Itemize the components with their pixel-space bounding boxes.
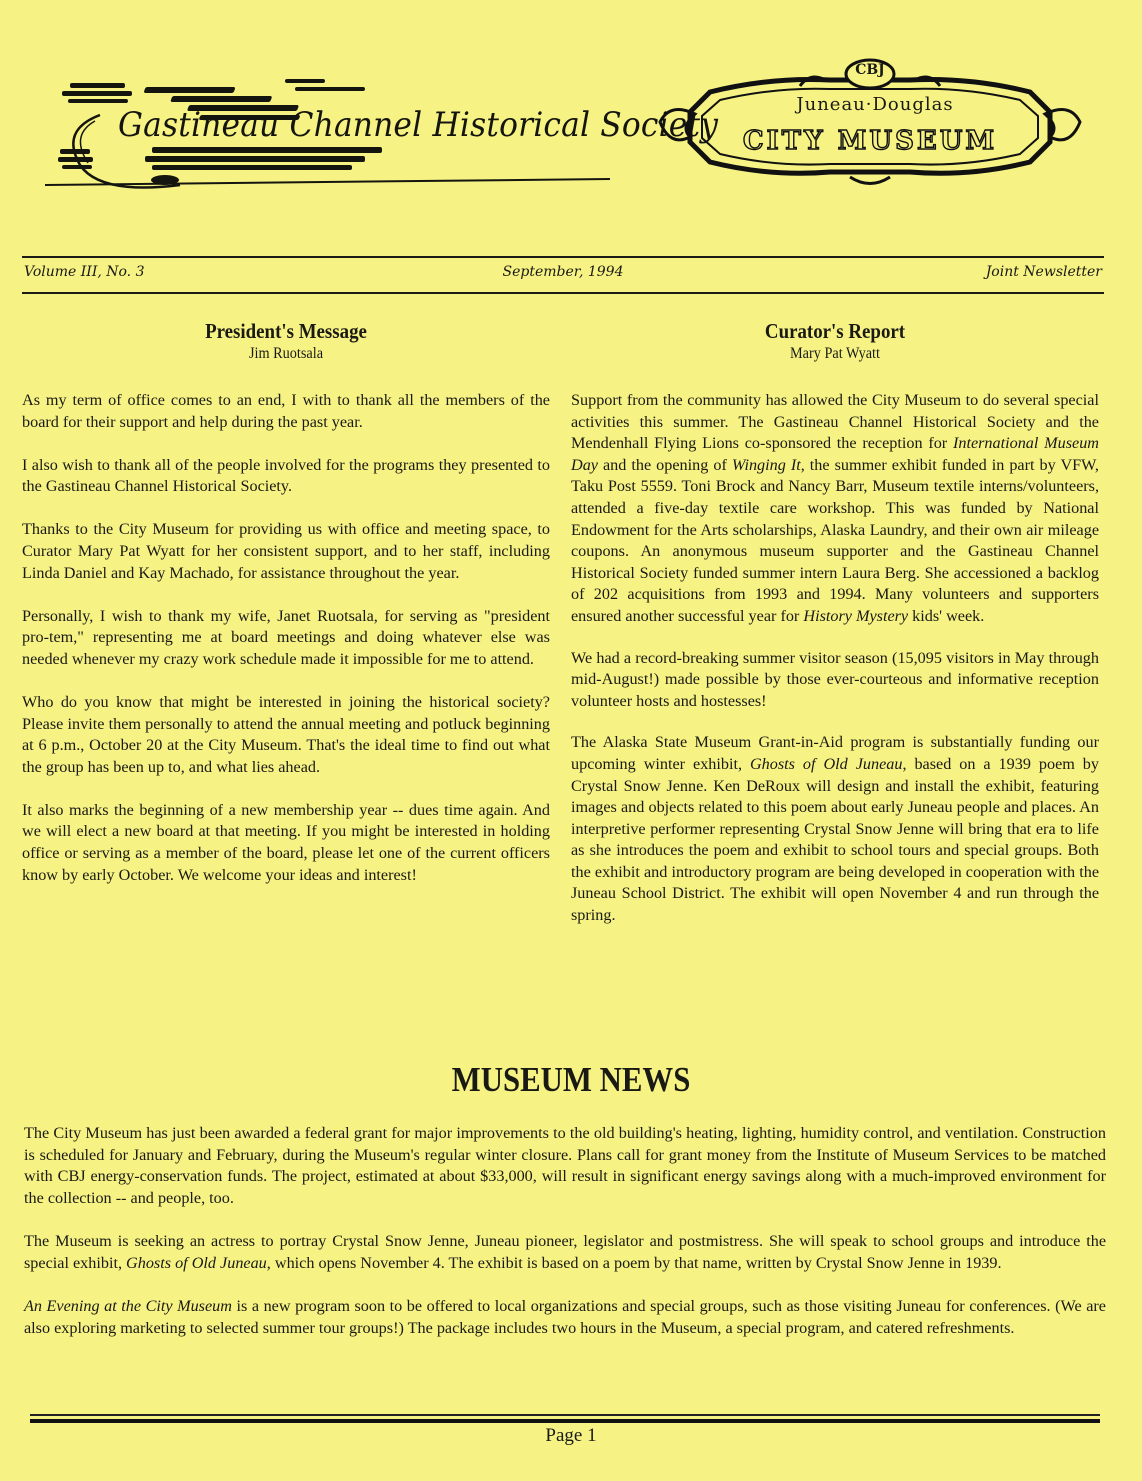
issue-rule-bottom	[22, 292, 1104, 294]
issue-bar: Volume III, No. 3 September, 1994 Joint …	[22, 262, 1104, 286]
paragraph: We had a record-breaking summer visitor …	[571, 648, 1099, 713]
issue-type: Joint Newsletter	[986, 264, 1102, 280]
paragraph: Thanks to the City Museum for providing …	[22, 519, 550, 584]
footer-rule-thick	[30, 1419, 1100, 1423]
paragraph: It also marks the beginning of a new mem…	[22, 800, 550, 886]
page-number: Page 1	[0, 1425, 1142, 1447]
footer-rule-thin	[30, 1414, 1100, 1416]
museum-city: Juneau·Douglas	[765, 94, 985, 115]
cbj-seal: CBJ	[845, 62, 895, 78]
museum-news-title: MUSEUM NEWS	[69, 1060, 1074, 1100]
paragraph: As my term of office comes to an end, I …	[22, 390, 550, 433]
society-name: Gastineau Channel Historical Society	[118, 105, 718, 145]
paragraph: The Alaska State Museum Grant-in-Aid pro…	[571, 732, 1099, 926]
curators-report-author: Mary Pat Wyatt	[592, 344, 1078, 364]
presidents-message-author: Jim Ruotsala	[43, 344, 529, 364]
paragraph: Support from the community has allowed t…	[571, 390, 1099, 628]
city-museum-logo: CBJ Juneau·Douglas CITY MUSEUM	[650, 52, 1090, 192]
issue-rule-top	[22, 256, 1104, 258]
curators-report-title: Curator's Report	[597, 318, 1072, 344]
museum-name: CITY MUSEUM	[710, 126, 1030, 156]
paragraph: The Museum is seeking an actress to port…	[24, 1231, 1106, 1274]
historical-society-logo: Gastineau Channel Historical Society	[40, 75, 620, 195]
curators-report-column: Curator's Report Mary Pat Wyatt Support …	[571, 318, 1099, 947]
paragraph: Who do you know that might be interested…	[22, 692, 550, 778]
paragraph: The City Museum has just been awarded a …	[24, 1123, 1106, 1209]
presidents-message-title: President's Message	[48, 318, 523, 344]
museum-news-body: The City Museum has just been awarded a …	[24, 1123, 1106, 1361]
paragraph: An Evening at the City Museum is a new p…	[24, 1296, 1106, 1339]
paragraph: Personally, I wish to thank my wife, Jan…	[22, 606, 550, 671]
newsletter-page: Gastineau Channel Historical Society CBJ…	[0, 0, 1142, 1481]
issue-date: September, 1994	[22, 264, 1104, 280]
paragraph: I also wish to thank all of the people i…	[22, 455, 550, 498]
presidents-message-column: President's Message Jim Ruotsala As my t…	[22, 318, 550, 908]
